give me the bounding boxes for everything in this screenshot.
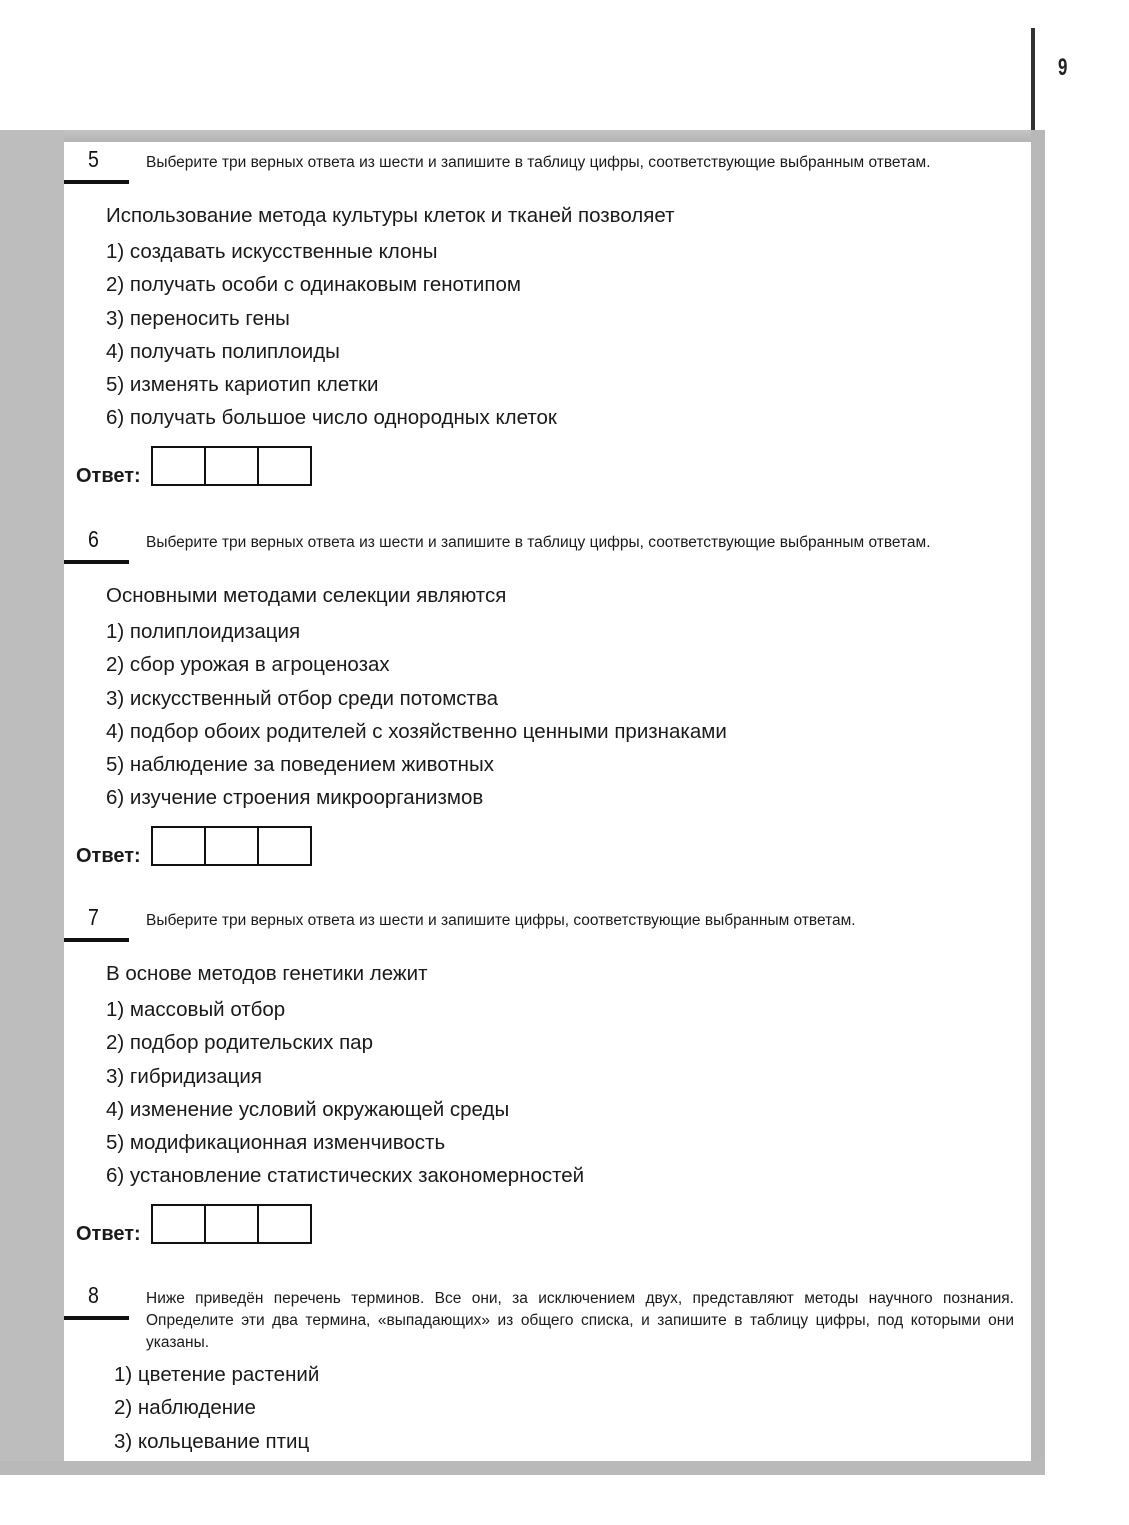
option-6: 6) изучение строения микроорганизмов	[106, 781, 727, 814]
option-6: 6) получать большое число однородных кле…	[106, 401, 557, 434]
option-2: 2) сбор урожая в агроценозах	[106, 648, 727, 681]
option-3: 3) искусственный отбор среди потомства	[106, 682, 727, 715]
task-number: 5	[88, 146, 99, 173]
option-3: 3) кольцевание птиц	[114, 1425, 319, 1458]
option-2: 2) получать особи с одинаковым генотипом	[106, 268, 557, 301]
option-1: 1) массовый отбор	[106, 993, 584, 1026]
answer-cell-3[interactable]	[259, 1206, 310, 1242]
answer-cell-3[interactable]	[259, 828, 310, 864]
answer-cell-2[interactable]	[206, 448, 259, 484]
options-list: 1) полиплоидизация 2) сбор урожая в агро…	[106, 615, 727, 815]
options-list: 1) массовый отбор 2) подбор родительских…	[106, 993, 584, 1193]
frame-bottom	[0, 1461, 1045, 1475]
option-4: 4) подбор обоих родителей с хозяйственно…	[106, 715, 727, 748]
option-4: 4) получать полиплоиды	[106, 335, 557, 368]
answer-label: Ответ:	[76, 465, 141, 488]
option-4: 4) изменение условий окружающей среды	[106, 1093, 584, 1126]
option-1: 1) полиплоидизация	[106, 615, 727, 648]
answer-row: Ответ:	[76, 1204, 312, 1244]
option-3: 3) гибридизация	[106, 1060, 584, 1093]
task-instruction: Ниже приведён перечень терминов. Все они…	[146, 1288, 1014, 1354]
option-1: 1) создавать искусственные клоны	[106, 235, 557, 268]
task-number: 6	[88, 526, 99, 553]
task-number: 7	[88, 904, 99, 931]
header-rule	[1031, 28, 1035, 132]
task-instruction: Выберите три верных ответа из шести и за…	[146, 910, 1014, 932]
option-2: 2) подбор родительских пар	[106, 1026, 584, 1059]
option-3: 3) переносить гены	[106, 302, 557, 335]
page-number: 9	[1058, 54, 1067, 82]
task-number-bar	[64, 938, 129, 942]
frame-right	[1031, 130, 1045, 1475]
answer-boxes	[151, 1204, 312, 1244]
answer-label: Ответ:	[76, 845, 141, 868]
answer-cell-1[interactable]	[153, 448, 206, 484]
answer-cell-1[interactable]	[153, 1206, 206, 1242]
task-sheet: 5 Выберите три верных ответа из шести и …	[64, 142, 1031, 1461]
task-number-bar	[64, 1316, 129, 1320]
task-number: 8	[88, 1282, 99, 1309]
answer-row: Ответ:	[76, 826, 312, 866]
answer-boxes	[151, 826, 312, 866]
task-number-bar	[64, 560, 129, 564]
option-1: 1) цветение растений	[114, 1358, 319, 1391]
task-number-bar	[64, 180, 129, 184]
answer-boxes	[151, 446, 312, 486]
option-5: 5) изменять кариотип клетки	[106, 368, 557, 401]
task-instruction: Выберите три верных ответа из шести и за…	[146, 152, 1014, 174]
answer-cell-3[interactable]	[259, 448, 310, 484]
task-question: В основе методов генетики лежит	[106, 962, 427, 986]
answer-label: Ответ:	[76, 1223, 141, 1246]
option-5: 5) наблюдение за поведением животных	[106, 748, 727, 781]
frame-top	[0, 130, 1045, 142]
option-6: 6) установление статистических закономер…	[106, 1159, 584, 1192]
task-instruction: Выберите три верных ответа из шести и за…	[146, 532, 1014, 554]
answer-row: Ответ:	[76, 446, 312, 486]
answer-cell-1[interactable]	[153, 828, 206, 864]
answer-cell-2[interactable]	[206, 828, 259, 864]
option-5: 5) модификационная изменчивость	[106, 1126, 584, 1159]
answer-cell-2[interactable]	[206, 1206, 259, 1242]
task-question: Использование метода культуры клеток и т…	[106, 204, 674, 228]
option-2: 2) наблюдение	[114, 1391, 319, 1424]
frame-left	[0, 130, 64, 1475]
options-list: 1) цветение растений 2) наблюдение 3) ко…	[114, 1358, 319, 1458]
options-list: 1) создавать искусственные клоны 2) полу…	[106, 235, 557, 435]
task-question: Основными методами селекции являются	[106, 584, 506, 608]
